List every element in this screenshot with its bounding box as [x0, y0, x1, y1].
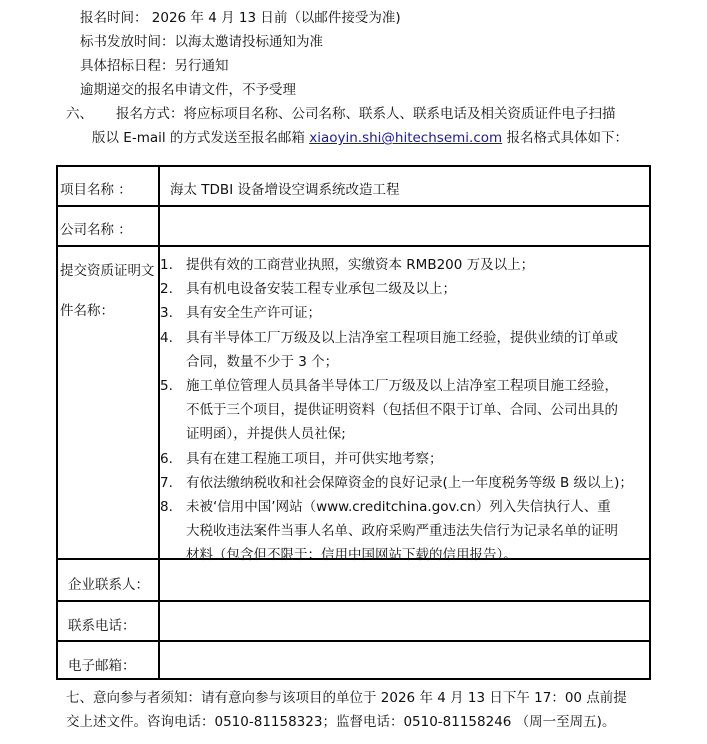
item-number: 2.	[160, 277, 173, 301]
project-name-label: 项目名称 ：	[60, 178, 132, 198]
project-name-value: 海太 TDBI 设备增设空调系统改造工程	[170, 178, 399, 198]
section-6-line2: 版以 E-mail 的方式发送至报名邮箱 xiaoyin.shi@hitechs…	[92, 128, 628, 148]
row-project-name: 项目名称 ： 海太 TDBI 设备增设空调系统改造工程	[58, 167, 649, 207]
item-text: 具有机电设备安装工程专业承包二级及以上；	[186, 277, 645, 301]
qualification-item: 8.未被‘信用中国’网站（www.creditchina.gov.cn）列入失信…	[160, 495, 645, 568]
item-number: 5.	[160, 374, 173, 398]
item-number: 1.	[160, 253, 173, 277]
item-text: 具有半导体工厂万级及以上洁净室工程项目施工经验，提供业绩的订单或 合同，数量不少…	[186, 326, 645, 374]
section-6-suffix: 报名格式具体如下：	[502, 130, 628, 146]
section-7-line1: 七、意向参与者须知：请有意向参与该项目的单位于 2026 年 4 月 13 日下…	[66, 688, 627, 708]
item-text: 未被‘信用中国’网站（www.creditchina.gov.cn）列入失信执行…	[186, 495, 645, 568]
qualification-item: 7.有依法缴纳税收和社会保障资金的良好记录(上一年度税务等级 B 级以上)；	[160, 471, 645, 495]
qualification-item: 3.具有安全生产许可证；	[160, 301, 645, 325]
row-contact-person: 企业联系人：	[58, 560, 649, 602]
section-6-number: 六、	[66, 104, 93, 124]
company-name-label: 公司名称 ：	[60, 218, 132, 238]
registration-form-table: 项目名称 ： 海太 TDBI 设备增设空调系统改造工程 公司名称 ： 提交资质证…	[56, 165, 651, 680]
item-number: 8.	[160, 495, 173, 519]
section-7-line2: 交上述文件。咨询电话：0510-81158323；监督电话：0510-81158…	[66, 712, 615, 732]
qualification-label-line2: 件名称：	[60, 299, 114, 319]
item-number: 6.	[160, 447, 173, 471]
qualification-item: 1.提供有效的工商营业执照，实缴资本 RMB200 万及以上；	[160, 253, 645, 277]
row-qualifications: 提交资质证明文 件名称： 1.提供有效的工商营业执照，实缴资本 RMB200 万…	[58, 247, 649, 560]
item-text: 提供有效的工商营业执照，实缴资本 RMB200 万及以上；	[186, 253, 645, 277]
item-text: 具有在建工程施工项目，并可供实地考察；	[186, 447, 645, 471]
item-number: 7.	[160, 471, 173, 495]
email-label: 电子邮箱：	[68, 654, 136, 674]
phone-label: 联系电话：	[68, 614, 136, 634]
item-text: 有依法缴纳税收和社会保障资金的良好记录(上一年度税务等级 B 级以上)；	[186, 471, 645, 495]
tender-release-time: 标书发放时间：以海太邀请投标通知为准	[80, 32, 323, 52]
tender-schedule: 具体招标日程：另行通知	[80, 56, 229, 76]
qualification-label-line1: 提交资质证明文	[60, 259, 155, 279]
qualification-item: 6.具有在建工程施工项目，并可供实地考察；	[160, 447, 645, 471]
item-text: 施工单位管理人员具备半导体工厂万级及以上洁净室工程项目施工经验， 不低于三个项目…	[186, 374, 645, 447]
late-submission-note: 逾期递交的报名申请文件，不予受理	[80, 80, 296, 100]
row-email: 电子邮箱：	[58, 642, 649, 678]
qualification-item: 5.施工单位管理人员具备半导体工厂万级及以上洁净室工程项目施工经验， 不低于三个…	[160, 374, 645, 447]
qualification-item: 4.具有半导体工厂万级及以上洁净室工程项目施工经验，提供业绩的订单或 合同，数量…	[160, 326, 645, 374]
row-company-name: 公司名称 ：	[58, 207, 649, 247]
section-6-prefix: 版以 E-mail 的方式发送至报名邮箱	[92, 130, 309, 146]
row-phone: 联系电话：	[58, 602, 649, 642]
qualification-list: 1.提供有效的工商营业执照，实缴资本 RMB200 万及以上； 2.具有机电设备…	[160, 253, 645, 568]
contact-person-label: 企业联系人：	[68, 573, 149, 593]
item-number: 3.	[160, 301, 173, 325]
registration-email-link[interactable]: xiaoyin.shi@hitechsemi.com	[309, 130, 502, 146]
item-text: 具有安全生产许可证；	[186, 301, 645, 325]
registration-time: 报名时间： 2026 年 4 月 13 日前（以邮件接受为准)	[80, 8, 401, 28]
section-6-line1: 报名方式：将应标项目名称、公司名称、联系人、联系电话及相关资质证件电子扫描	[116, 104, 616, 124]
item-number: 4.	[160, 326, 173, 350]
qualification-item: 2.具有机电设备安装工程专业承包二级及以上；	[160, 277, 645, 301]
